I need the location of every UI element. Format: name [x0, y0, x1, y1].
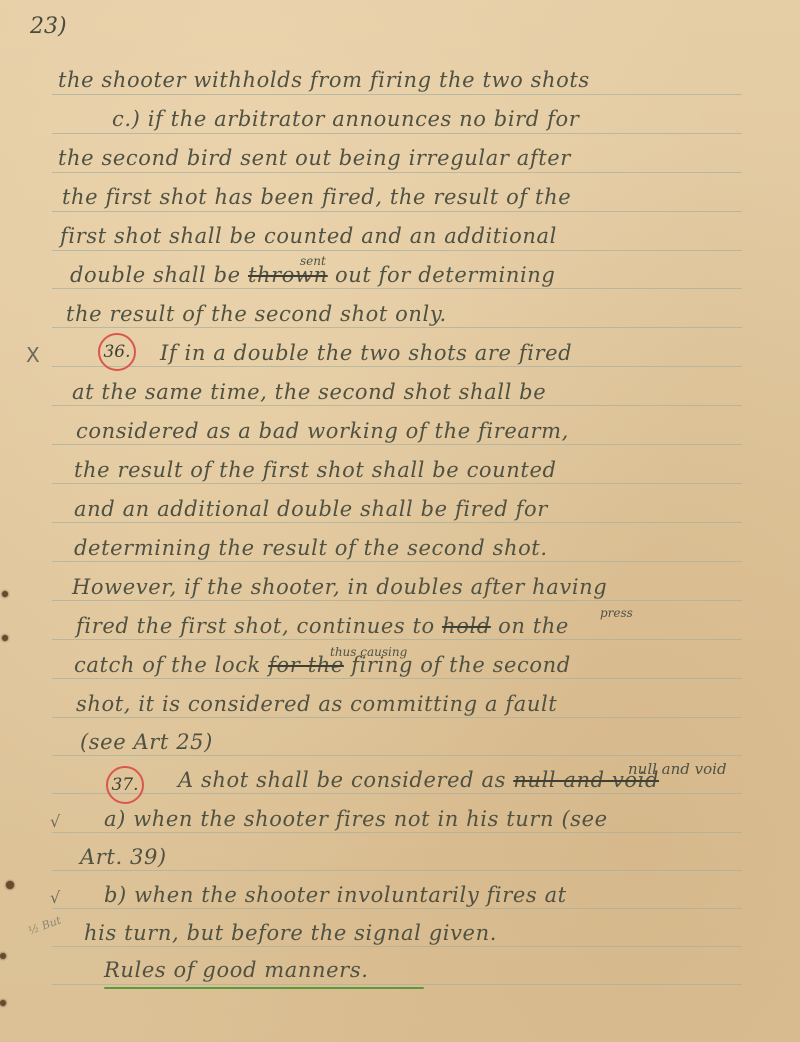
- text-fragment: fired the first shot, continues to: [76, 614, 435, 638]
- text-line: his turn, but before the signal given.: [84, 921, 497, 945]
- binder-hole: [2, 635, 8, 641]
- text-fragment: A shot shall be considered as: [178, 768, 506, 792]
- ruled-line: [52, 172, 742, 173]
- ruled-line: [52, 870, 742, 871]
- article-number-37: 37.: [106, 766, 144, 804]
- page-number: 23): [30, 14, 67, 39]
- ruled-line: [52, 561, 742, 562]
- binder-hole: [2, 591, 8, 597]
- text-line: fired the first shot, continues to hold …: [76, 614, 569, 638]
- ruled-line: [52, 678, 742, 679]
- text-line: the shooter withholds from firing the tw…: [58, 68, 590, 92]
- ruled-line: [52, 211, 742, 212]
- binder-hole: [6, 881, 14, 889]
- text-line: the result of the second shot only.: [66, 302, 447, 326]
- ruled-line: [52, 717, 742, 718]
- struck-word: hold: [442, 614, 491, 638]
- article-number-36: 36.: [98, 333, 136, 371]
- ruled-line: [52, 366, 742, 367]
- ruled-line: [52, 946, 742, 947]
- text-line: considered as a bad working of the firea…: [76, 419, 569, 443]
- text-line: A shot shall be considered as null and v…: [178, 768, 659, 792]
- check-mark-icon: √: [50, 888, 60, 907]
- ruled-line: [52, 327, 742, 328]
- manuscript-page: 23) the shooter withholds from firing th…: [0, 0, 800, 1042]
- binder-hole: [0, 953, 6, 959]
- insertion-null-and-void: null and void: [628, 760, 727, 778]
- text-line: If in a double the two shots are fired: [160, 341, 572, 365]
- ruled-line: [52, 755, 742, 756]
- ruled-line: [52, 639, 742, 640]
- check-mark-icon: √: [50, 812, 60, 831]
- ruled-line: [52, 94, 742, 95]
- ruled-line: [52, 250, 742, 251]
- text-line: However, if the shooter, in doubles afte…: [72, 575, 607, 599]
- text-line: b) when the shooter involuntarily fires …: [104, 883, 567, 907]
- ruled-line: [52, 133, 742, 134]
- text-fragment: on the: [498, 614, 569, 638]
- ruled-line: [52, 444, 742, 445]
- text-line: at the same time, the second shot shall …: [72, 380, 546, 404]
- ruled-line: [52, 522, 742, 523]
- margin-note: ½ But: [27, 915, 63, 938]
- text-line: first shot shall be counted and an addit…: [60, 224, 557, 248]
- text-line: (see Art 25): [80, 730, 213, 754]
- section-heading: Rules of good manners.: [104, 958, 368, 982]
- text-fragment: catch of the lock: [74, 653, 261, 677]
- ruled-line: [52, 908, 742, 909]
- text-line: the second bird sent out being irregular…: [58, 146, 571, 170]
- ruled-line: [52, 793, 742, 794]
- green-underline: [104, 987, 424, 989]
- text-fragment: out for determining: [335, 263, 555, 287]
- ruled-line: [52, 483, 742, 484]
- text-line: determining the result of the second sho…: [74, 536, 548, 560]
- text-line: c.) if the arbitrator announces no bird …: [112, 107, 579, 131]
- text-line: shot, it is considered as committing a f…: [76, 692, 557, 716]
- ruled-line: [52, 832, 742, 833]
- binder-hole: [0, 1000, 6, 1006]
- ruled-line: [52, 288, 742, 289]
- text-line: the result of the first shot shall be co…: [74, 458, 557, 482]
- ruled-line: [52, 984, 742, 985]
- insertion-thus-causing: thus causing: [330, 645, 407, 659]
- text-line: Art. 39): [80, 845, 167, 869]
- text-line: the first shot has been fired, the resul…: [62, 185, 571, 209]
- text-line: a) when the shooter fires not in his tur…: [104, 807, 608, 831]
- insertion-press: press: [600, 606, 633, 620]
- text-fragment: double shall be: [70, 263, 241, 287]
- ruled-line: [52, 405, 742, 406]
- insertion-sent: sent: [300, 254, 326, 268]
- text-line: and an additional double shall be fired …: [74, 497, 548, 521]
- ruled-line: [52, 600, 742, 601]
- cross-mark-icon: X: [26, 343, 40, 367]
- text-line: catch of the lock for the firing of the …: [74, 653, 571, 677]
